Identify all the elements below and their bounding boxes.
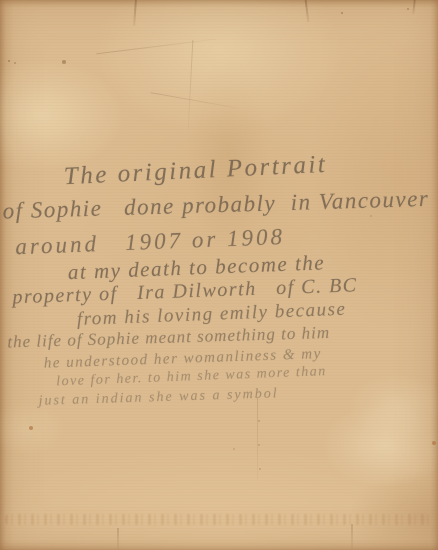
- handwritten-inscription: The original Portrait of Sophie done pro…: [0, 0, 438, 550]
- inscription-line: The original Portrait: [63, 151, 328, 191]
- inscription-line: of Sophie done probably in Vancouver: [2, 186, 429, 225]
- painting-verso-photo: The original Portrait of Sophie done pro…: [0, 0, 438, 550]
- inscription-line: just an indian she was a symbol: [38, 386, 279, 410]
